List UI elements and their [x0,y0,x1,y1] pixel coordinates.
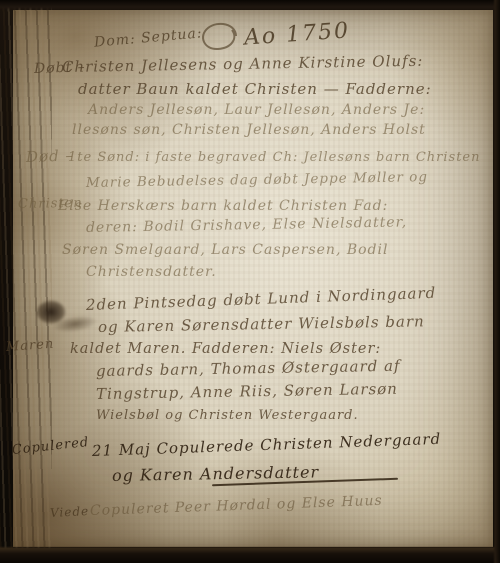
manuscript-line: 1te Sønd: i faste begraved Ch: Jellesøns… [68,151,481,164]
photo-edge-top [0,0,500,10]
manuscript-line: datter Baun kaldet Christen — Fadderne: [78,82,432,97]
manuscript-line: llesøns søn, Christen Jellesøn, Anders H… [72,123,426,137]
margin-note: Viede [50,505,90,519]
manuscript-line: Wielsbøl og Christen Westergaard. [96,409,359,422]
manuscript-line: Christensdatter. [86,265,217,279]
manuscript-line: kaldet Maren. Fadderen: Niels Øster: [70,342,381,357]
manuscript-photo: Dom: Septua: Ao 1750 Døbt –Død –Christen… [0,0,500,563]
photo-edge-right [493,0,500,563]
margin-note: Maren [6,338,55,354]
photo-edge-bottom [0,546,500,563]
margin-note: Død – [26,148,74,165]
manuscript-line: Else Herskærs barn kaldet Christen Fad: [58,199,388,213]
manuscript-line: Søren Smelgaard, Lars Caspersen, Bodil [62,243,388,257]
manuscript-line: Anders Jellesøn, Laur Jellesøn, Anders J… [88,103,425,117]
